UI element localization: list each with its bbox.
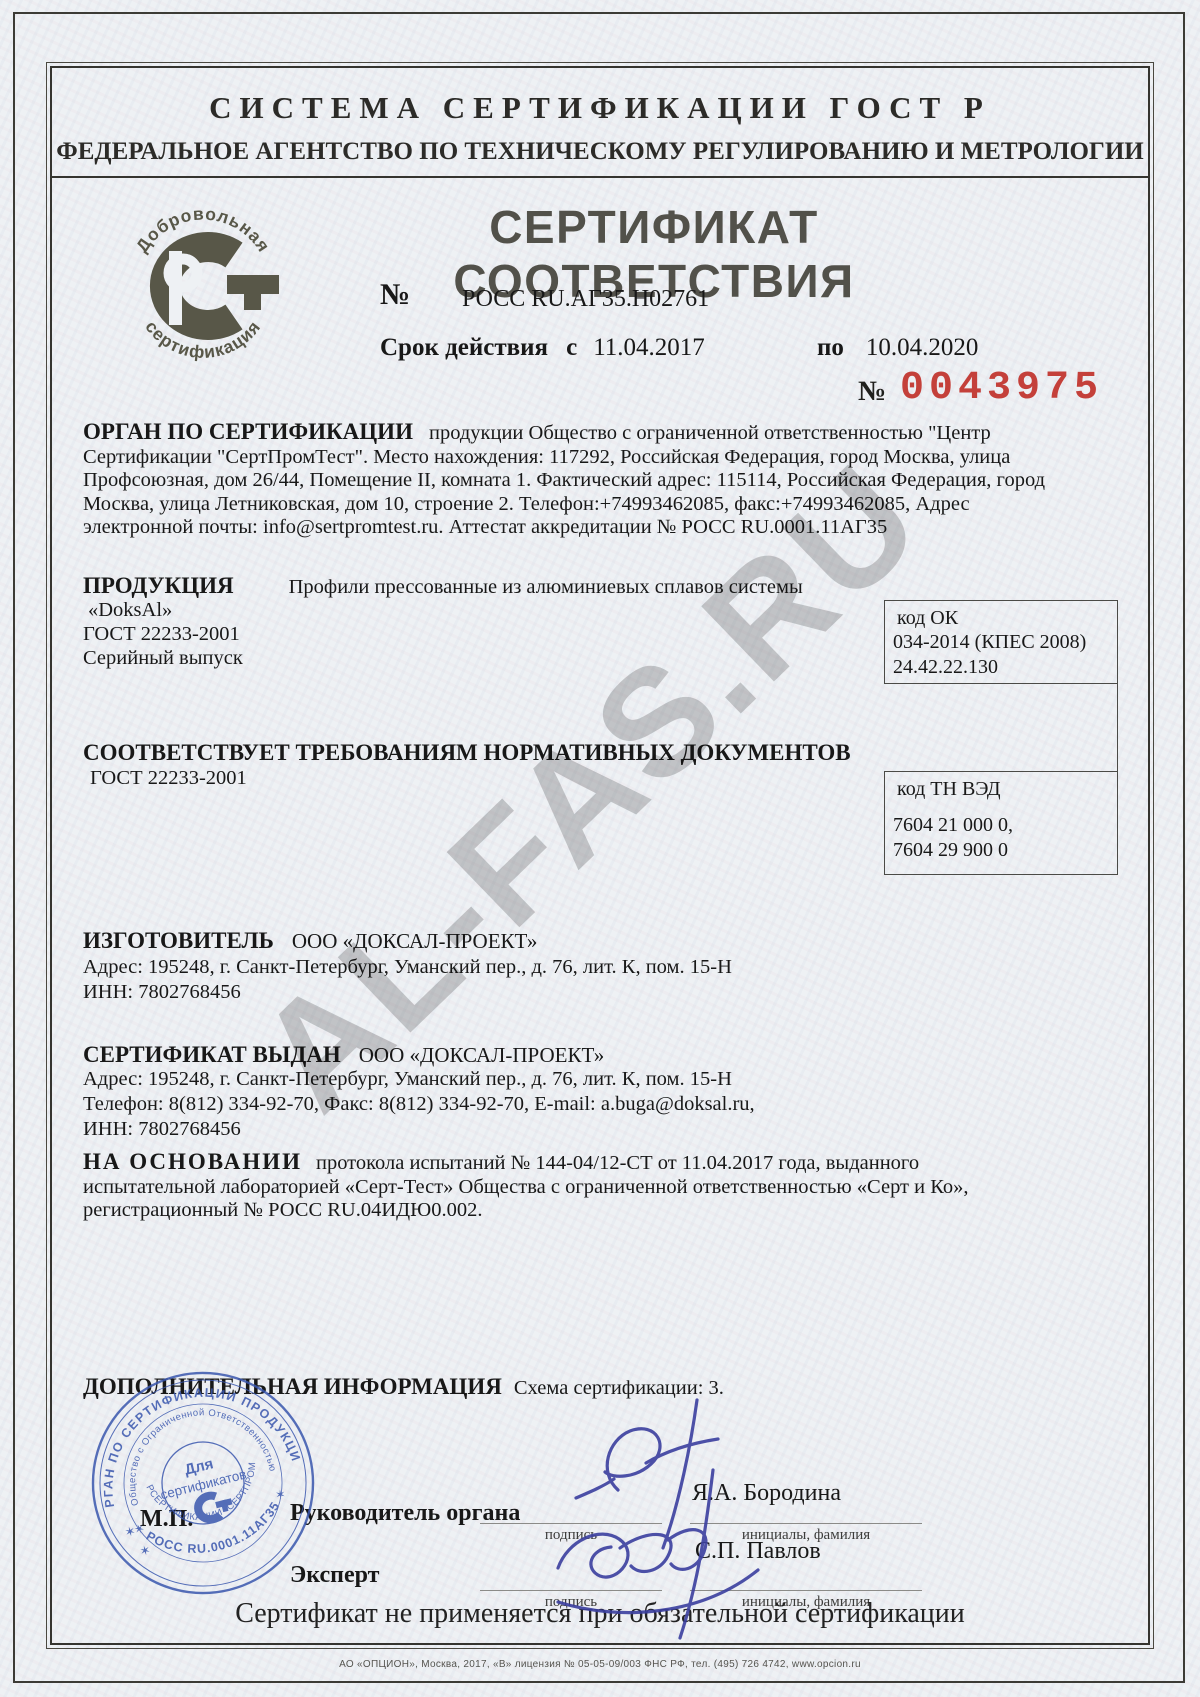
ok-code-value-2: 24.42.22.130 [893, 656, 998, 679]
ok-code-label: код ОК [897, 607, 958, 630]
code-boxes-right-rule [1117, 684, 1118, 771]
section-manufacturer: ИЗГОТОВИТЕЛЬООО «ДОКСАЛ-ПРОЕКТ» [83, 928, 537, 954]
section-manufacturer-heading: ИЗГОТОВИТЕЛЬ [83, 928, 274, 953]
expert-signature-line [480, 1590, 662, 1591]
header-agency-title: ФЕДЕРАЛЬНОЕ АГЕНТСТВО ПО ТЕХНИЧЕСКОМУ РЕ… [52, 138, 1148, 166]
section-production-text: Профили прессованные из алюминиевых спла… [289, 576, 803, 598]
section-basis: НА ОСНОВАНИИпротокола испытаний № 144-04… [83, 1150, 1033, 1223]
head-name: Я.А. Бородина [692, 1480, 841, 1507]
header-system-title: СИСТЕМА СЕРТИФИКАЦИИ ГОСТ Р [60, 90, 1140, 126]
section-additional-text: Схема сертификации: 3. [514, 1377, 724, 1399]
validity-row: Срок действияс11.04.2017 [380, 334, 705, 362]
logo-rst-mark [165, 247, 279, 325]
manufacturer-inn: ИНН: 7802768456 [83, 981, 241, 1004]
rst-logo: Добровольная сертификация [112, 198, 294, 366]
section-issued-to: СЕРТИФИКАТ ВЫДАНООО «ДОКСАЛ-ПРОЕКТ» [83, 1042, 604, 1068]
validity-to-date: 10.04.2020 [866, 334, 979, 361]
blank-number-label: № [858, 376, 886, 408]
issued-inn: ИНН: 7802768456 [83, 1118, 241, 1141]
validity-label: Срок действия [380, 334, 548, 361]
stamp-star-1: ✶ [123, 1523, 137, 1540]
expert-name-line [690, 1590, 922, 1591]
production-line-serial: Серийный выпуск [83, 647, 243, 670]
tnved-value-2: 7604 29 900 0 [893, 839, 1008, 862]
section-production-heading: ПРОДУКЦИЯ [83, 573, 234, 598]
section-issued-heading: СЕРТИФИКАТ ВЫДАН [83, 1042, 341, 1067]
ok-code-value-1: 034-2014 (КПЕС 2008) [893, 631, 1086, 654]
manufacturer-address: Адрес: 195248, г. Санкт-Петербург, Уманс… [83, 956, 732, 979]
production-line-gost: ГОСТ 22233-2001 [83, 623, 240, 646]
blank-number-value: 0043975 [900, 366, 1103, 411]
section-production: ПРОДУКЦИЯПрофили прессованные из алюмини… [83, 573, 883, 602]
ok-code-box: код ОК 034-2014 (КПЕС 2008) 24.42.22.130 [884, 600, 1118, 684]
issued-phone: Телефон: 8(812) 334-92-70, Факс: 8(812) … [83, 1093, 755, 1116]
issued-to-name: ООО «ДОКСАЛ-ПРОЕКТ» [359, 1043, 604, 1067]
section-organ-heading: ОРГАН ПО СЕРТИФИКАЦИИ [83, 419, 413, 444]
validity-to-row: по10.04.2020 [817, 334, 978, 362]
tnved-code-box: код ТН ВЭД 7604 21 000 0, 7604 29 900 0 [884, 771, 1118, 875]
validity-from-label: с [566, 334, 577, 361]
section-conformity: СООТВЕТСТВУЕТ ТРЕБОВАНИЯМ НОРМАТИВНЫХ ДО… [83, 740, 851, 766]
cert-number-value: РОСС RU.АГ35.Н02761 [462, 286, 709, 313]
head-signature-line [480, 1523, 662, 1524]
section-basis-heading: НА ОСНОВАНИИ [83, 1149, 302, 1174]
head-signature-caption: подпись [480, 1527, 662, 1544]
expert-name: С.П. Павлов [695, 1538, 821, 1565]
header-separator-line [51, 176, 1149, 178]
tnved-label: код ТН ВЭД [897, 778, 1000, 801]
certificate-page: СИСТЕМА СЕРТИФИКАЦИИ ГОСТ Р ФЕДЕРАЛЬНОЕ … [0, 0, 1200, 1697]
tnved-value-1: 7604 21 000 0, [893, 814, 1013, 837]
cert-number-label: № [380, 278, 410, 312]
validity-to-label: по [817, 334, 844, 361]
section-organ: ОРГАН ПО СЕРТИФИКАЦИИпродукции Общество … [83, 420, 1048, 540]
print-shop-fine-print: АО «ОПЦИОН», Москва, 2017, «В» лицензия … [0, 1659, 1200, 1670]
conformity-gost: ГОСТ 22233-2001 [90, 767, 247, 790]
head-name-line [690, 1523, 922, 1524]
issued-address: Адрес: 195248, г. Санкт-Петербург, Уманс… [83, 1068, 732, 1091]
production-line-system: «DoksAl» [88, 599, 172, 622]
certification-stamp: ОРГАН ПО СЕРТИФИКАЦИИ ПРОДУКЦИИ ✶ РОСС R… [83, 1363, 323, 1603]
validity-from-date: 11.04.2017 [593, 334, 705, 361]
manufacturer-name: ООО «ДОКСАЛ-ПРОЕКТ» [292, 929, 537, 953]
section-conformity-heading: СООТВЕТСТВУЕТ ТРЕБОВАНИЯМ НОРМАТИВНЫХ ДО… [83, 740, 851, 765]
